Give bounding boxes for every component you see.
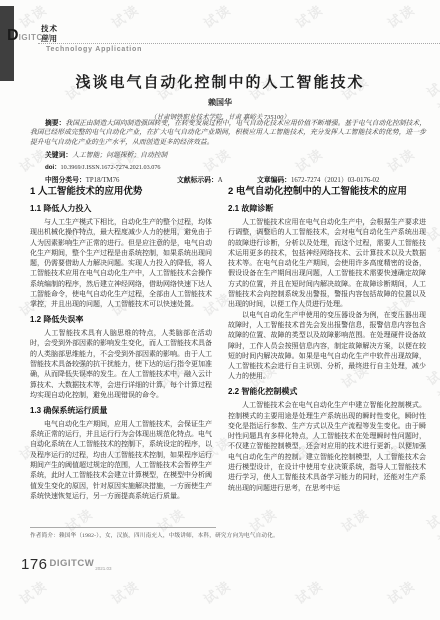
right-column: 2 电气自动化控制中的人工智能技术的应用 2.1 故障诊断 人工智能技术应用在电… bbox=[228, 184, 426, 528]
section-2-2-heading: 2.2 智能化控制模式 bbox=[228, 386, 426, 397]
keywords-label: 关键词： bbox=[45, 152, 72, 159]
paper-title: 浅谈电气自动化控制中的人工智能技术 bbox=[0, 71, 440, 92]
section-1-2-paragraph: 人工智能技术具有人脑思维的特点，人类脑部在活动时，会受到外部因素的影响发生变化，… bbox=[30, 328, 212, 400]
section-2-2-paragraph: 人工智能技术会在电气自动化生产中建立智能化控制模式。控制模式的主要用途是处理生产… bbox=[228, 400, 426, 493]
section-2-1-paragraph-2: 以电气自动化生产中使用的变压器设备为例，在变压器出现故障时，人工智能技术首先会发… bbox=[228, 310, 426, 382]
journal-logo-initial: D bbox=[7, 27, 19, 44]
watermark-stamp: 试读 bbox=[15, 575, 50, 608]
keywords-text: 人工智能；问题探析；自动控制 bbox=[72, 152, 167, 159]
article-id: 文章编码：1672-7274（2021）03-0176-02 bbox=[257, 174, 426, 184]
watermark-stamp: 试读 bbox=[199, 0, 234, 32]
watermark-stamp: 试读 bbox=[383, 0, 418, 32]
watermark-stamp: 试读 bbox=[107, 0, 142, 32]
issue-number: 2021.03 bbox=[95, 566, 111, 571]
meta-block: 摘要：我国正由制造大国向制造强国转变，在转变发展过程中，电气自动化技术应用价值不… bbox=[30, 119, 426, 184]
section-1-1-heading: 1.1 降低人力投入 bbox=[30, 203, 212, 214]
clc-number: 中图分类号：TP18/TM76 bbox=[45, 174, 177, 184]
column-category-en: Technology Application bbox=[46, 46, 142, 53]
document-code: 文献标示码：A bbox=[177, 174, 257, 184]
keywords: 关键词：人工智能；问题探析；自动控制 bbox=[30, 149, 426, 159]
section-2-heading: 2 电气自动化控制中的人工智能技术的应用 bbox=[228, 186, 426, 199]
author-bio-footnote: 作者简介：赖国华（1982-），女，汉族，四川南充人，中级讲师，本科，研究方向为… bbox=[30, 527, 310, 539]
column-category-cn: 技术 应用 bbox=[41, 24, 58, 43]
column-category-cn-bottom: 应用 bbox=[41, 34, 58, 44]
body-columns: 1 人工智能技术的应用优势 1.1 降低人力投入 与人工生产模式下相比，自动化生… bbox=[30, 184, 426, 528]
watermark-stamp: 试读 bbox=[291, 575, 326, 608]
journal-name: DIGITCW bbox=[50, 558, 95, 569]
column-category-cn-top: 技术 bbox=[41, 24, 58, 34]
section-1-3-paragraph: 电气自动化生产期间，应用人工智能技术，会保证生产系统正常的运行，并且运行行为会体… bbox=[30, 419, 212, 501]
author-name: 赖国华 bbox=[0, 97, 440, 108]
section-2-1-heading: 2.1 故障诊断 bbox=[228, 203, 426, 214]
watermark-stamp: 试读 bbox=[291, 0, 326, 32]
abstract: 摘要：我国正由制造大国向制造强国转变，在转变发展过程中，电气自动化技术应用价值不… bbox=[30, 119, 426, 147]
left-column: 1 人工智能技术的应用优势 1.1 降低人力投入 与人工生产模式下相比，自动化生… bbox=[30, 184, 212, 528]
abstract-label: 摘要： bbox=[45, 120, 65, 127]
page-number: 176 bbox=[21, 556, 48, 573]
abstract-text: 我国正由制造大国向制造强国转变，在转变发展过程中，电气自动化技术应用价值不断增强… bbox=[30, 120, 426, 146]
section-1-2-heading: 1.2 降低失误率 bbox=[30, 314, 212, 325]
header-dotted-divider bbox=[38, 43, 440, 44]
title-block: 浅谈电气自动化控制中的人工智能技术 赖国华 （甘肃钢铁职业技术学院，甘肃 嘉峪关… bbox=[0, 71, 440, 121]
journal-page: 试读试读试读试读试读试读试读试读试读试读试读试读试读试读试读试读试读试读试读试读… bbox=[0, 0, 440, 620]
classification-row: 中图分类号：TP18/TM76 文献标示码：A 文章编码：1672-7274（2… bbox=[30, 174, 426, 184]
watermark-stamp: 试读 bbox=[107, 575, 142, 608]
footnote-divider bbox=[30, 527, 216, 528]
watermark-stamp: 试读 bbox=[199, 575, 234, 608]
doi-label: doi： bbox=[45, 164, 60, 171]
footnote-text: 作者简介：赖国华（1982-），女，汉族，四川南充人，中级讲师，本科，研究方向为… bbox=[30, 531, 310, 539]
section-1-3-heading: 1.3 确保系统运行质量 bbox=[30, 405, 212, 416]
watermark-stamp: 试读 bbox=[383, 575, 418, 608]
page-footer: 176 DIGITCW 2021.03 bbox=[21, 556, 111, 573]
doi-line: doi：10.3969/J.ISSN.1672-7274.2021.03.076 bbox=[30, 162, 426, 171]
section-1-1-paragraph: 与人工生产模式下相比，自动化生产的整个过程，均体现出机械化操作特点，最大程度减少… bbox=[30, 217, 212, 310]
section-1-heading: 1 人工智能技术的应用优势 bbox=[30, 186, 212, 199]
doi-value: 10.3969/J.ISSN.1672-7274.2021.03.076 bbox=[60, 164, 160, 171]
section-2-1-paragraph-1: 人工智能技术应用在电气自动化生产中，会根据生产要求进行调整，调整后的人工智能技术… bbox=[228, 217, 426, 310]
